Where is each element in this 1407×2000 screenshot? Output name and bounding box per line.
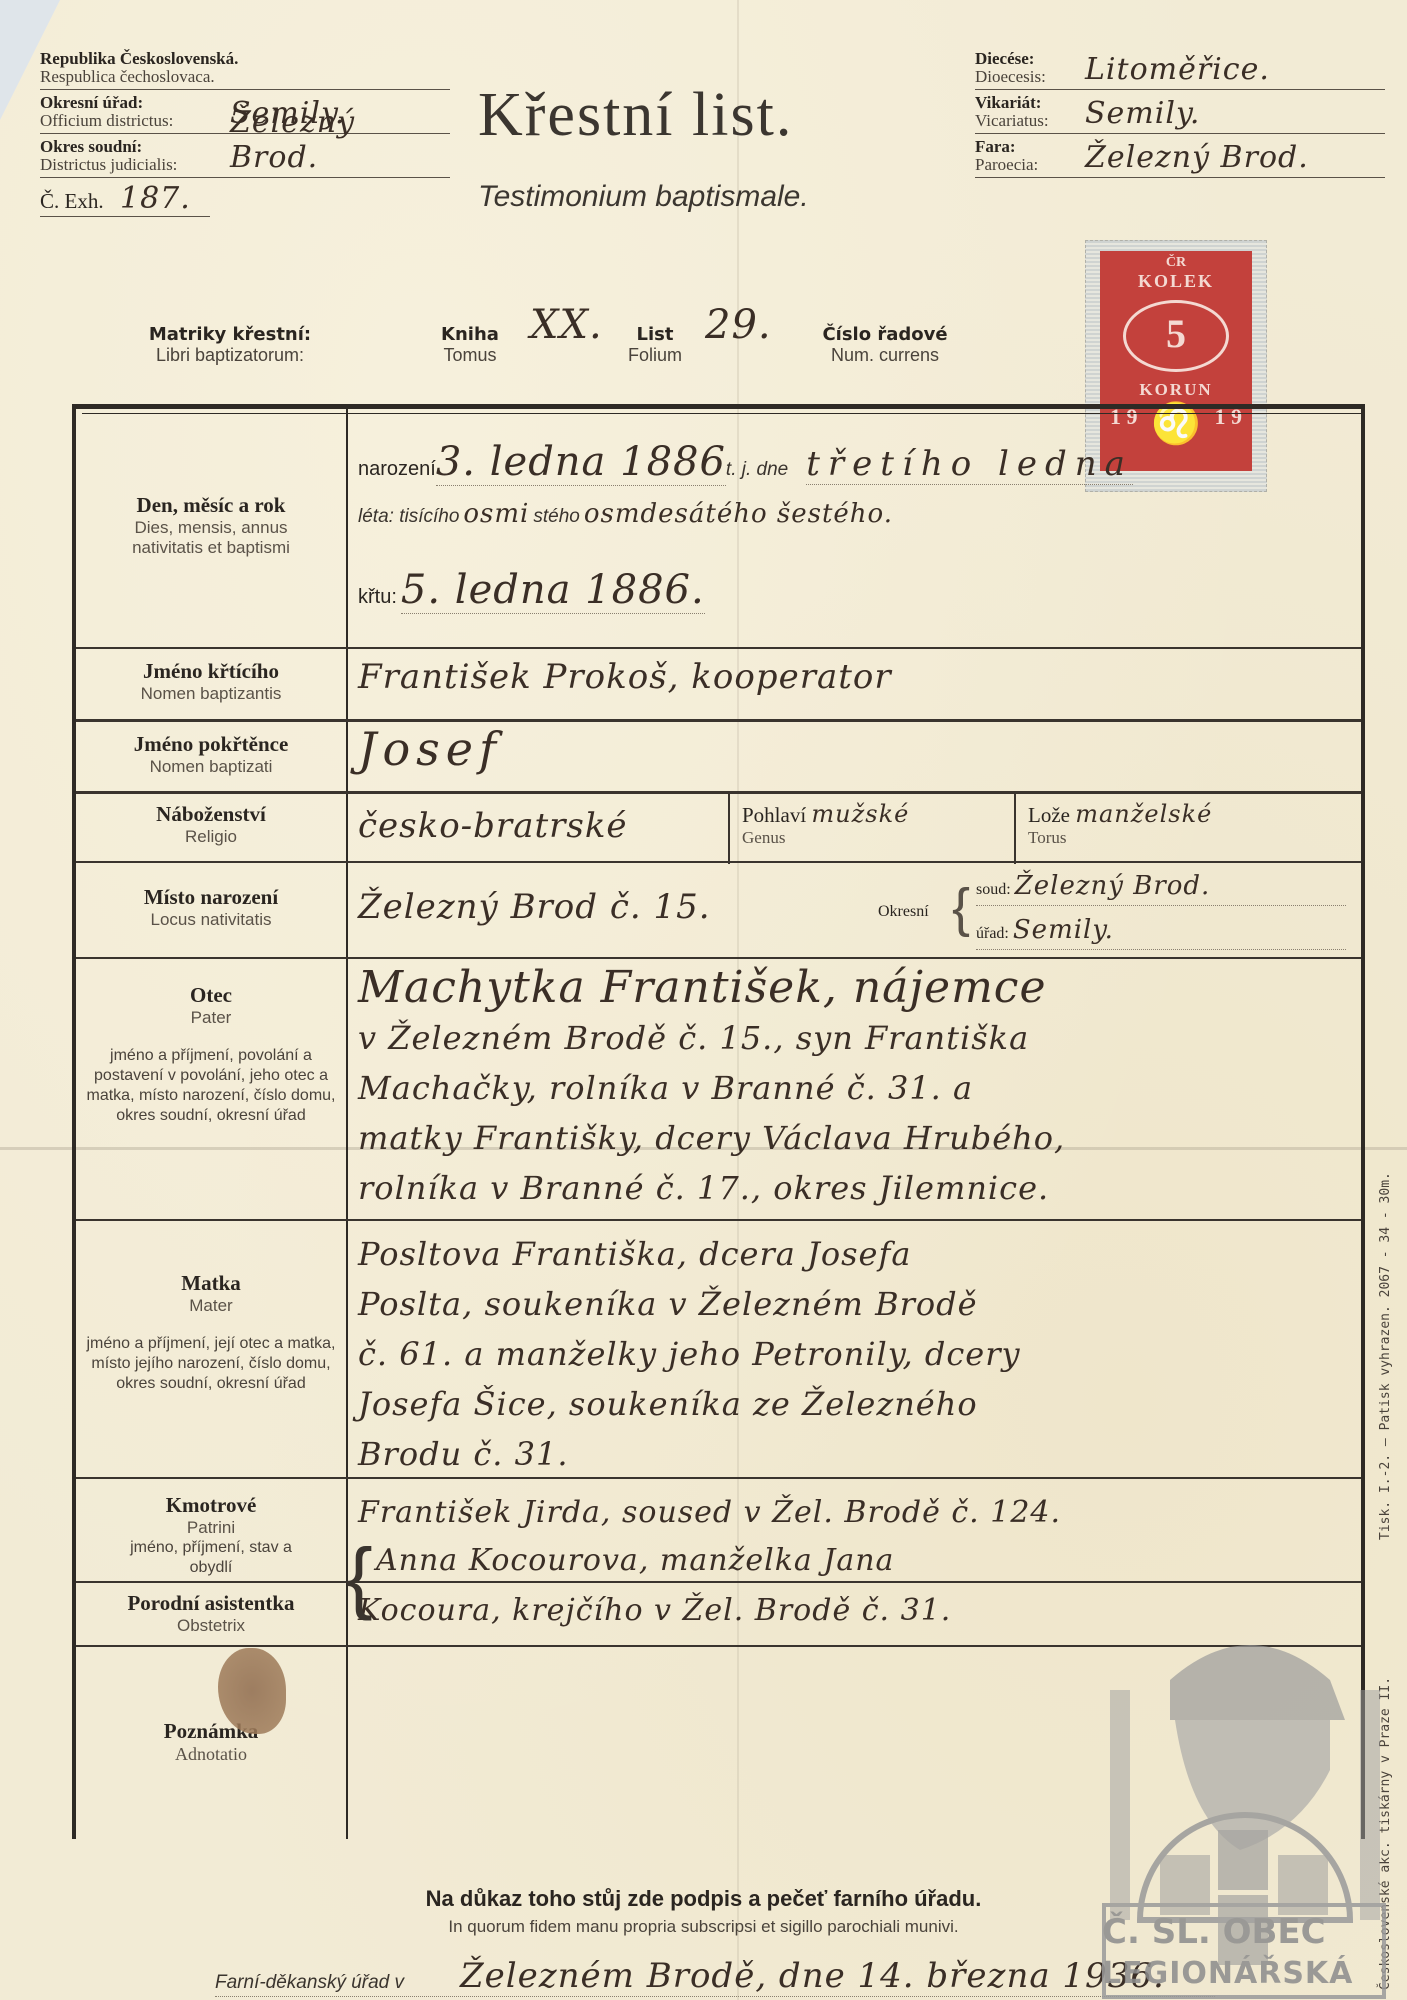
religion-separator <box>728 794 730 864</box>
stamp-currency: KORUN <box>1100 380 1252 400</box>
exhibit-value: 187. <box>120 181 191 216</box>
brace-icon: { <box>952 881 970 935</box>
books-label: Matriky křestní: <box>120 324 340 345</box>
mother-line-1: Posltova Františka, dcera Josefa <box>358 1229 1349 1279</box>
stamp-cr: ČR <box>1100 255 1252 271</box>
exhibit-number: Č. Exh. 187. <box>40 178 210 217</box>
row-birthplace: Místo narození Locus nativitatis Železný… <box>76 861 1361 959</box>
dates-label-la1: Dies, mensis, annus <box>76 518 346 538</box>
folio-label: List <box>620 324 690 345</box>
baptized-label-la: Nomen baptizati <box>76 757 346 777</box>
vicariate-value: Semily. <box>1085 96 1200 131</box>
watermark-line-1: Č. SL. OBEC <box>1102 1912 1382 1952</box>
father-line-3: Machačky, rolníka v Branné č. 31. a <box>358 1063 1349 1113</box>
father-line-5: rolníka v Branné č. 17., okres Jilemnice… <box>358 1163 1349 1213</box>
mother-line-4: Josefa Šice, soukeníka ze Železného <box>358 1379 1349 1429</box>
header-right: Diecése: Dioecesis: Litoměřice. Vikariát… <box>975 46 1385 178</box>
court-value: Železný Brod. <box>1015 871 1211 901</box>
torus-value: manželské <box>1075 800 1212 828</box>
note-label-la: Adnotatio <box>76 1744 346 1764</box>
republic-la: Respublica čechoslovaca. <box>40 68 450 86</box>
tome-value: XX. <box>530 302 603 348</box>
document-title: Křestní list. <box>478 80 793 151</box>
mother-label: Matka <box>84 1271 338 1296</box>
row-baptized: Jméno pokřtěnce Nomen baptizati Josef <box>76 719 1361 794</box>
dates-label-la2: nativitatis et baptismi <box>76 538 346 558</box>
office-value: Semily. <box>1013 915 1114 945</box>
books-label-la: Libri baptizatorum: <box>120 345 340 366</box>
baptizer-label-la: Nomen baptizantis <box>76 684 346 704</box>
row-religion: Náboženství Religio česko-bratrské Pohla… <box>76 791 1361 864</box>
dates-label: Den, měsíc a rok <box>76 493 346 518</box>
baptizer-label: Jméno křtícího <box>76 659 346 684</box>
office-label: úřad: <box>976 925 1009 942</box>
year-mid-label: stého <box>533 506 579 527</box>
birthplace-district-label: Okresní <box>878 903 929 921</box>
sex-value: mužské <box>811 800 909 828</box>
parish-value: Železný Brod. <box>1085 140 1309 175</box>
mother-label-la: Mater <box>84 1296 338 1316</box>
header-left: Republika Československá. Respublica čec… <box>40 50 450 217</box>
tj-label: t. j. dne <box>726 459 788 480</box>
stamp-value: 5 <box>1123 300 1229 372</box>
court-district-value: Železný Brod. <box>230 105 450 175</box>
midwife-label-la: Obstetrix <box>76 1616 346 1636</box>
godparent-line-1: František Jirda, soused v Žel. Brodě č. … <box>358 1489 1349 1537</box>
exhibit-label: Č. Exh. <box>40 189 104 214</box>
folio-value: 29. <box>705 302 772 348</box>
brace-icon: { <box>346 1537 373 1617</box>
father-line-4: matky Františky, dcery Václava Hrubého, <box>358 1113 1349 1163</box>
religion-label-la: Religio <box>76 827 346 847</box>
row-dates: Den, měsíc a rok Dies, mensis, annus nat… <box>76 417 1361 647</box>
birth-date-words: třetího ledna <box>806 444 1133 485</box>
godparents-description: jméno, příjmení, stav a obydlí <box>76 1538 346 1578</box>
baptizer-value: František Prokoš, kooperator <box>358 657 1349 697</box>
printer-note: Tisk. I.-2. — Patisk vyhrazen. 2067 - 34… <box>1378 1172 1393 1540</box>
stamp-kolek: KOLEK <box>1100 271 1252 292</box>
baptism-date-value: 5. ledna 1886. <box>401 567 705 614</box>
baptized-name-value: Josef <box>358 722 1349 776</box>
republic-cz: Republika Československá. <box>40 50 450 68</box>
row-father: Otec Pater jméno a příjmení, povolání a … <box>76 957 1361 1221</box>
godparent-line-2: Anna Kocourova, manželka Jana <box>358 1537 1349 1585</box>
court-label: soud: <box>976 881 1011 898</box>
number-label: Číslo řadové <box>800 324 970 345</box>
baptized-label: Jméno pokřtěnce <box>76 732 346 757</box>
diocese-value: Litoměřice. <box>1085 52 1270 87</box>
mother-line-2: Poslta, soukeníka v Železném Brodě <box>358 1279 1349 1329</box>
parish-office-label: Farní-děkanský úřad v <box>215 1972 404 1994</box>
torus-label-la: Torus <box>1028 828 1358 848</box>
father-label-la: Pater <box>84 1008 338 1028</box>
birth-date-value: 3. ledna 1886 <box>436 439 726 486</box>
document-subtitle: Testimonium baptismale. <box>478 180 809 214</box>
note-label: Poznámka <box>76 1719 346 1744</box>
mother-description: jméno a příjmení, její otec a matka, mís… <box>84 1334 338 1394</box>
mother-line-3: č. 61. a manželky jeho Petronily, dcery <box>358 1329 1349 1379</box>
watermark-line-2: LEGIONÁŘSKÁ <box>1102 1956 1392 1991</box>
father-line-1: Machytka František, nájemce <box>358 963 1349 1013</box>
year-label: léta: tisícího <box>358 506 459 527</box>
father-label: Otec <box>84 983 338 1008</box>
father-description: jméno a příjmení, povolání a postavení v… <box>84 1046 338 1126</box>
folio-label-la: Folium <box>620 345 690 366</box>
sex-label: Pohlaví <box>742 803 806 827</box>
mother-line-5: Brodu č. 31. <box>358 1429 1349 1479</box>
birthplace-label-la: Locus nativitatis <box>76 910 346 930</box>
tome-label: Kniha <box>430 324 510 345</box>
row-mother: Matka Mater jméno a příjmení, její otec … <box>76 1219 1361 1479</box>
father-line-2: v Železném Brodě č. 15., syn Františka <box>358 1013 1349 1063</box>
birthplace-value: Železný Brod č. 15. <box>358 887 878 927</box>
number-label-la: Num. currens <box>800 345 970 366</box>
year-words-1: osmi <box>463 499 529 529</box>
religion-label: Náboženství <box>76 802 346 827</box>
godparents-label-la: Patrini <box>76 1518 346 1538</box>
birthplace-label: Místo narození <box>76 885 346 910</box>
parish-office-place-date: Železném Brodě, dne 14. března 1936. <box>460 1956 1165 1996</box>
birth-prefix: narození <box>358 458 436 480</box>
row-baptizer: Jméno křtícího Nomen baptizantis Františ… <box>76 647 1361 721</box>
legion-watermark-logo: Č. SL. OBEC LEGIONÁŘSKÁ <box>1100 1620 1390 2000</box>
parish-office-signature-line: Farní-děkanský úřad v Železném Brodě, dn… <box>215 1960 1215 1997</box>
torus-label: Lože <box>1028 803 1070 827</box>
godparents-label: Kmotrové <box>76 1493 346 1518</box>
sex-separator <box>1014 794 1016 864</box>
midwife-label: Porodní asistentka <box>76 1591 346 1616</box>
row-godparents: Kmotrové Patrini jméno, příjmení, stav a… <box>76 1477 1361 1583</box>
sex-label-la: Genus <box>742 828 1042 848</box>
tome-label-la: Tomus <box>430 345 510 366</box>
year-words-2: osmdesátého šestého. <box>584 499 893 529</box>
baptism-prefix: křtu: <box>358 586 397 608</box>
